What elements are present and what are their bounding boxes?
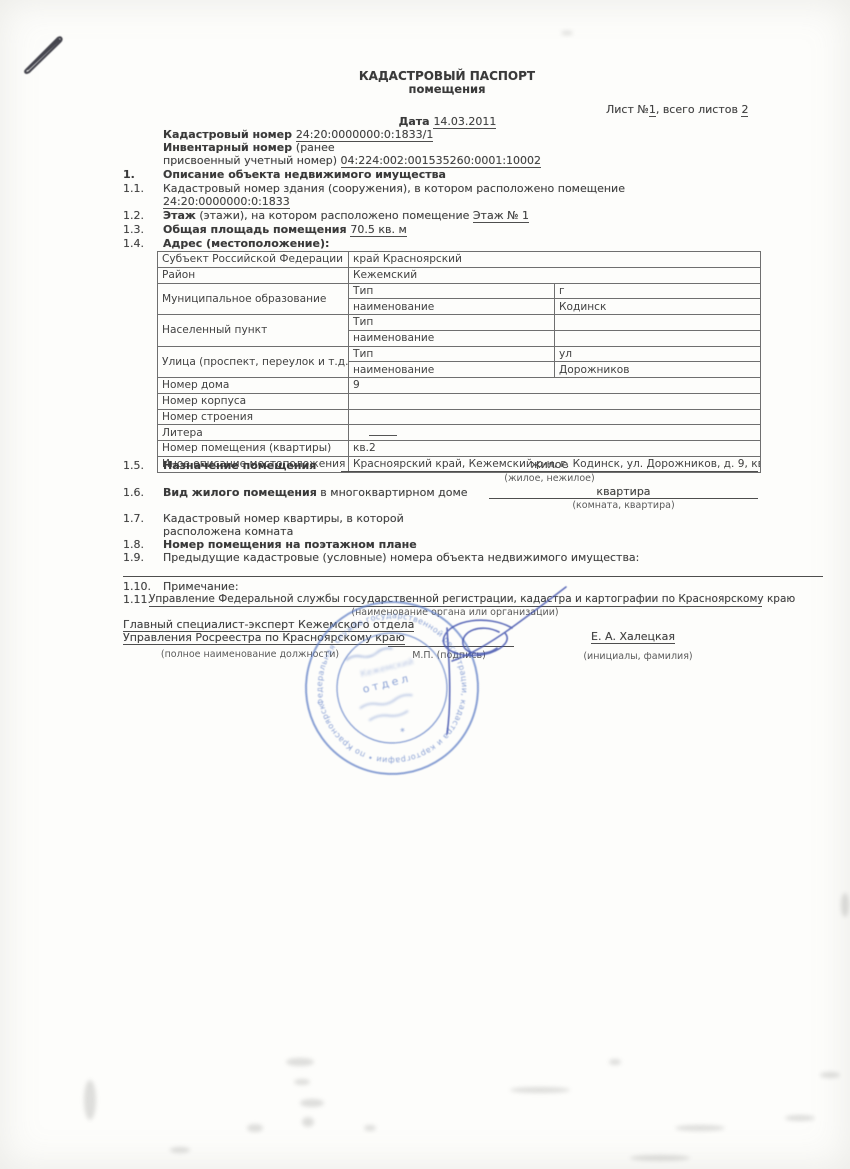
cadastral-number-line: Кадастровый номер 24:20:0000000:0:1833/1 — [163, 128, 433, 141]
answer-line — [123, 576, 823, 577]
table-cell-type-label: Тип — [349, 283, 555, 299]
table-row: Населенный пункт Тип — [158, 315, 761, 331]
table-cell-label: Номер дома — [158, 378, 349, 394]
table-row: Улица (проспект, переулок и т.д.) Тип ул — [158, 346, 761, 362]
official-position-line1: Главный специалист-эксперт Кежемского от… — [123, 618, 414, 631]
table-cell-label: Номер строения — [158, 409, 349, 425]
date-value: 14.03.2011 — [433, 115, 496, 129]
table-row: Район Кежемский — [158, 267, 761, 283]
section-1-3-text: Общая площадь помещения 70.5 кв. м — [163, 223, 407, 236]
section-1-6-label: Вид жилого помещения в многоквартирном д… — [163, 486, 468, 499]
section-1-6-value: квартира — [489, 485, 758, 499]
table-cell-name-label: наименование — [349, 299, 555, 315]
section-1-8-title: Номер помещения на поэтажном плане — [163, 538, 417, 551]
table-cell-label: Муниципальное образование — [158, 283, 349, 315]
title-line-2: помещения — [280, 83, 614, 96]
table-cell-type-label: Тип — [349, 346, 555, 362]
inventory-note-1: (ранее — [296, 141, 335, 154]
table-cell-value: кв.2 — [349, 441, 761, 457]
table-row: Номер дома 9 — [158, 378, 761, 394]
seal-signature-hint: М.П. (подпись) — [394, 649, 504, 662]
section-1-3-number: 1.3. — [123, 223, 163, 236]
signature-line — [388, 646, 514, 647]
table-cell-value: Кежемский — [349, 267, 761, 283]
cadastral-passport-page: КАДАСТРОВЫЙ ПАСПОРТ помещения Лист №1, в… — [0, 0, 850, 1169]
section-1-title: Описание объекта недвижимого имущества — [163, 168, 446, 181]
litera-mark — [369, 426, 397, 436]
section-1-7-number: 1.7. — [123, 512, 163, 525]
table-cell-litera — [349, 425, 761, 441]
sheet-info: Лист №1, всего листов 2 — [606, 103, 748, 116]
table-row: Литера — [158, 425, 761, 441]
section-1-10-number: 1.10. — [123, 580, 163, 593]
section-1-5-label: Назначение помещения — [163, 459, 316, 472]
sheet-number: 1 — [649, 103, 656, 117]
table-row: Номер корпуса — [158, 393, 761, 409]
sheet-total: 2 — [741, 103, 748, 117]
table-row: Номер строения — [158, 409, 761, 425]
section-1-7-line1: Кадастровый номер квартиры, в которой — [163, 512, 404, 525]
pen-mark — [25, 37, 61, 72]
address-table: Субъект Российской Федерации край Красно… — [157, 251, 761, 473]
section-1-4-number: 1.4. — [123, 237, 163, 250]
section-1-6-number: 1.6. — [123, 486, 163, 499]
section-1-5-hint: (жилое, нежилое) — [341, 472, 758, 485]
section-1-1-number: 1.1. — [123, 182, 163, 195]
official-name: Е. А. Халецкая — [591, 630, 675, 643]
inventory-number-line-2: присвоенный учетный номер) 04:224:002:00… — [163, 154, 541, 167]
table-cell-value: край Красноярский — [349, 252, 761, 268]
section-1-9-text: Предыдущие кадастровые (условные) номера… — [163, 551, 639, 564]
section-1-number: 1. — [123, 168, 163, 181]
section-1-6-hint: (комната, квартира) — [489, 499, 758, 512]
table-cell-type-value: ул — [555, 346, 761, 362]
table-cell-value — [349, 409, 761, 425]
inventory-label: Инвентарный номер — [163, 141, 296, 154]
table-cell-label: Номер помещения (квартиры) — [158, 441, 349, 457]
table-cell-label: Литера — [158, 425, 349, 441]
table-cell-value: 9 — [349, 378, 761, 394]
table-cell-type-value — [555, 315, 761, 331]
section-1-5-number: 1.5. — [123, 459, 163, 472]
name-hint: (инициалы, фамилия) — [578, 650, 698, 663]
stamp-center-line2: отдел — [361, 671, 412, 696]
cadastral-label: Кадастровый номер — [163, 128, 296, 141]
date-label: Дата — [399, 115, 434, 128]
table-cell-label: Субъект Российской Федерации — [158, 252, 349, 268]
cadastral-value: 24:20:0000000:0:1833/1 — [296, 128, 434, 142]
table-cell-name-value: Кодинск — [555, 299, 761, 315]
section-1-8-number: 1.8. — [123, 538, 163, 551]
section-1-1-value: 24:20:0000000:0:1833 — [163, 195, 290, 208]
document-title: КАДАСТРОВЫЙ ПАСПОРТ помещения — [280, 70, 614, 96]
inventory-value: 04:224:002:001535260:0001:10002 — [341, 154, 542, 168]
section-1-4-title: Адрес (местоположение): — [163, 237, 329, 250]
table-cell-label: Населенный пункт — [158, 315, 349, 347]
table-cell-name-value — [555, 330, 761, 346]
table-cell-value — [349, 393, 761, 409]
table-cell-name-label: наименование — [349, 362, 555, 378]
date-line: Дата 14.03.2011 — [340, 115, 555, 128]
table-cell-label: Улица (проспект, переулок и т.д.) — [158, 346, 349, 378]
table-cell-type-value: г — [555, 283, 761, 299]
table-cell-label: Район — [158, 267, 349, 283]
table-row: Муниципальное образование Тип г — [158, 283, 761, 299]
section-1-9-number: 1.9. — [123, 551, 163, 564]
table-cell-name-label: наименование — [349, 330, 555, 346]
section-1-2-number: 1.2. — [123, 209, 163, 222]
section-1-7-line2: расположена комната — [163, 525, 293, 538]
position-hint: (полное наименование должности) — [125, 648, 375, 661]
section-1-1-text: Кадастровый номер здания (сооружения), в… — [163, 182, 625, 195]
official-position-line2: Управления Росреестра по Красноярскому к… — [123, 631, 405, 644]
section-1-2-text: Этаж (этажи), на котором расположено пом… — [163, 209, 529, 222]
sheet-middle: , всего листов — [656, 103, 742, 116]
section-1-10-text: Примечание: — [163, 580, 239, 593]
table-cell-label: Номер корпуса — [158, 393, 349, 409]
table-cell-type-label: Тип — [349, 315, 555, 331]
stamp-star: * — [399, 726, 407, 738]
table-cell-name-value: Дорожников — [555, 362, 761, 378]
sheet-prefix: Лист № — [606, 103, 649, 116]
section-1-11-org: Управление Федеральной службы государств… — [149, 593, 762, 607]
inventory-number-line: Инвентарный номер (ранее — [163, 141, 335, 154]
table-row: Номер помещения (квартиры) кв.2 — [158, 441, 761, 457]
table-row: Субъект Российской Федерации край Красно… — [158, 252, 761, 268]
inventory-note-2: присвоенный учетный номер) — [163, 154, 341, 167]
section-1-5-value: жилое — [341, 458, 758, 472]
